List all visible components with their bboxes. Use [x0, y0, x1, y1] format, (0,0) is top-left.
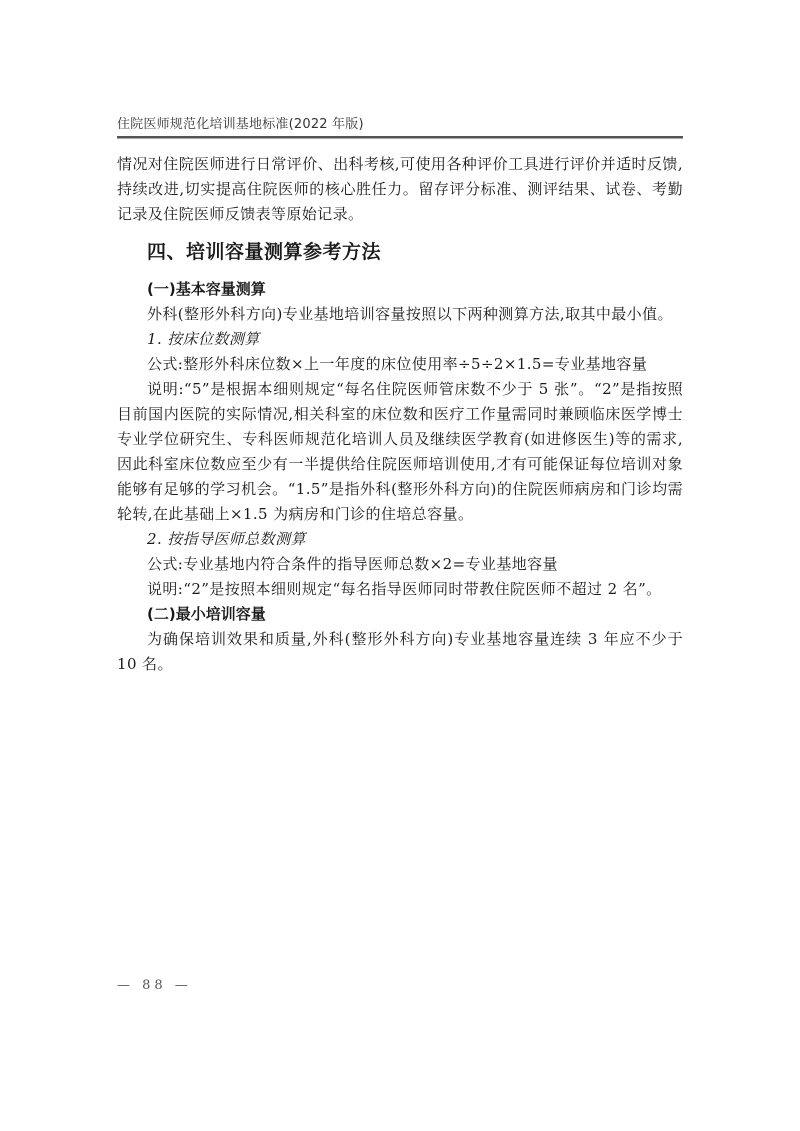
page-number: — 88 —	[117, 978, 192, 993]
section-title: 四、培训容量测算参考方法	[147, 239, 683, 265]
method-1-formula: 公式:整形外科床位数×上一年度的床位使用率÷5÷2×1.5=专业基地容量	[117, 352, 683, 377]
subsection-1-title: (一)基本容量测算	[147, 277, 683, 302]
document-body: 情况对住院医师进行日常评价、出科考核,可使用各种评价工具进行评价并适时反馈,持续…	[117, 152, 683, 677]
running-header: 住院医师规范化培训基地标准(2022 年版)	[117, 113, 683, 132]
subsection-1-intro: 外科(整形外科方向)专业基地培训容量按照以下两种测算方法,取其中最小值。	[117, 302, 683, 327]
subsection-2-title: (二)最小培训容量	[147, 602, 683, 627]
method-2-explanation: 说明:“2”是按照本细则规定“每名指导医师同时带教住院医师不超过 2 名”。	[117, 577, 683, 602]
method-2-formula: 公式:专业基地内符合条件的指导医师总数×2=专业基地容量	[117, 552, 683, 577]
method-2-title: 2. 按指导医师总数测算	[117, 527, 683, 552]
continued-paragraph: 情况对住院医师进行日常评价、出科考核,可使用各种评价工具进行评价并适时反馈,持续…	[117, 152, 683, 227]
header-rule	[117, 136, 683, 139]
subsection-2-text: 为确保培训效果和质量,外科(整形外科方向)专业基地容量连续 3 年应不少于 10…	[117, 627, 683, 677]
method-1-title: 1. 按床位数测算	[117, 327, 683, 352]
method-1-explanation: 说明:“5”是根据本细则规定“每名住院医师管床数不少于 5 张”。“2”是指按照…	[117, 377, 683, 527]
